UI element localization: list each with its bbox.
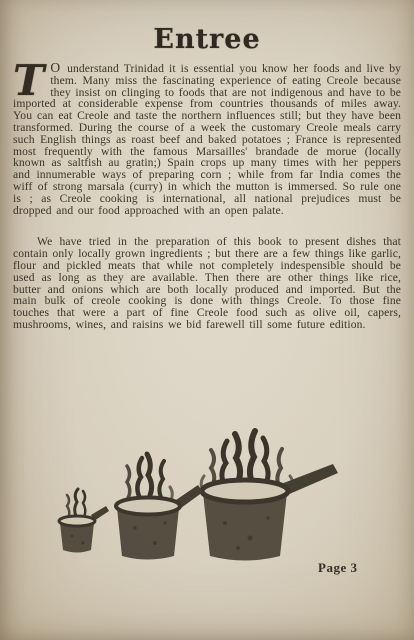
flame-icon (127, 454, 172, 500)
page-number: Page 3 (318, 560, 357, 576)
intro-paragraph-text: understand Trinidad it is essential you … (13, 62, 401, 217)
medium-saucepan (116, 454, 203, 560)
second-paragraph-text: We have tried in the preparation of this… (13, 235, 401, 331)
second-paragraph: We have tried in the preparation of this… (13, 236, 401, 330)
steam-icon (67, 489, 85, 518)
small-saucepan-rim (59, 516, 95, 526)
small-saucepan (59, 489, 109, 553)
lead-capital: O (50, 60, 62, 75)
scanned-book-page: Entree TO understand Trinidad it is esse… (0, 0, 414, 640)
large-saucepan (201, 431, 338, 561)
medium-saucepan-rim (116, 498, 180, 515)
large-saucepan-rim (202, 480, 288, 502)
page-title: Entree (0, 0, 414, 55)
dropcap-letter: T (13, 62, 50, 98)
intro-paragraph: TO understand Trinidad it is essential y… (13, 62, 401, 216)
